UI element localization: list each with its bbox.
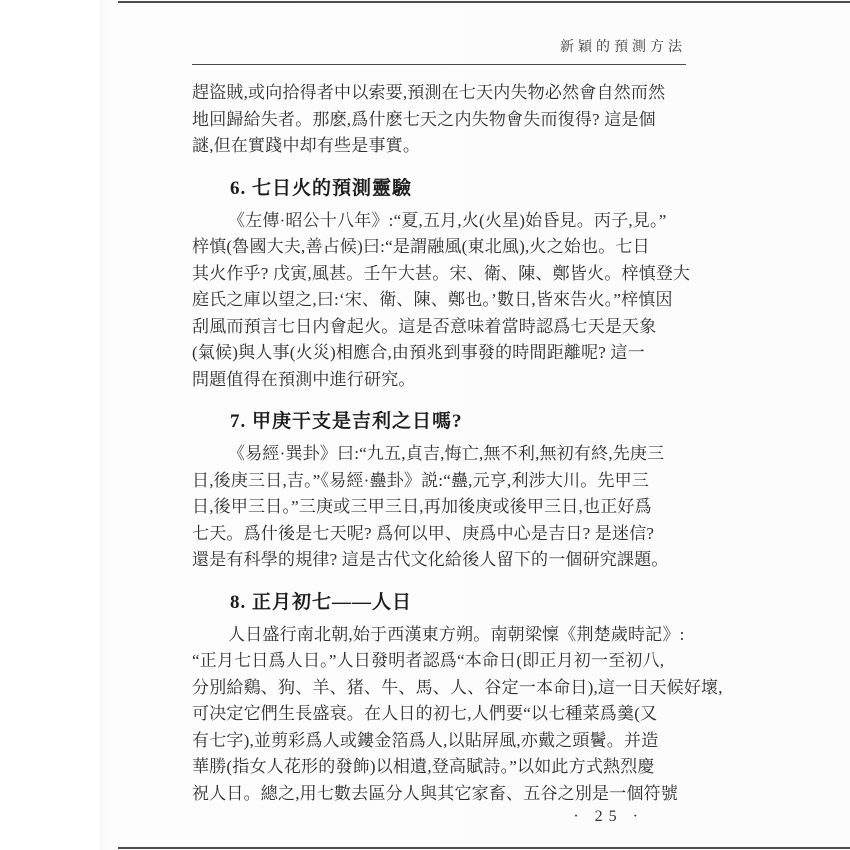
scanned-page: 新穎的預測方法 趕盜賊,或向拾得者中以索要,預測在七天内失物必然會自然而然 地回… bbox=[100, 0, 850, 850]
text-line: 華勝(指女人花形的發飾)以相遺,登高賦詩。”以如此方式熱烈慶 bbox=[192, 754, 686, 781]
section-6-heading: 6. 七日火的預測靈驗 bbox=[192, 175, 686, 203]
text-line: 地回歸給失者。那麽,爲什麽七天之内失物會失而復得? 這是個 bbox=[192, 107, 686, 134]
text-line: 《易經·巽卦》曰:“九五,貞吉,悔亡,無不利,無初有終,先庚三 bbox=[192, 441, 686, 468]
text-line: 《左傳·昭公十八年》:“夏,五月,火(火星)始昏見。丙子,見。” bbox=[192, 208, 686, 235]
text-line: 其火作乎? 戊寅,風甚。壬午大甚。宋、衛、陳、鄭皆火。梓慎登大 bbox=[192, 261, 686, 288]
text-line: 庭氏之庫以望之,曰:‘宋、衛、陳、鄭也。’數日,皆來告火。”梓慎因 bbox=[192, 287, 686, 314]
text-line: 可决定它們生長盛衰。在人日的初七,人們要“以七種菜爲羹(又 bbox=[192, 701, 686, 728]
text-line: 祝人日。總之,用七數去區分人與其它家畜、五谷之別是一個符號 bbox=[192, 781, 686, 808]
text-line: 梓慎(魯國大夫,善占候)曰:“是謂融風(東北風),火之始也。七日 bbox=[192, 234, 686, 261]
text-line: (氣候)與人事(火災)相應合,由預兆到事發的時間距離呢? 這一 bbox=[192, 340, 686, 367]
text-line: 日,後甲三日。”三庚或三甲三日,再加後庚或後甲三日,也正好爲 bbox=[192, 494, 686, 521]
page-number: · 25 · bbox=[192, 808, 686, 826]
text-line: 七天。爲什後是七天呢? 爲何以甲、庚爲中心是吉日? 是迷信? bbox=[192, 521, 686, 548]
section-8-heading: 8. 正月初七——人日 bbox=[192, 589, 686, 617]
text-line: 分別給鷄、狗、羊、猪、牛、馬、人、谷定一本命日),這一日天候好壞, bbox=[192, 675, 686, 702]
text-line: 問題值得在預測中進行研究。 bbox=[192, 367, 686, 394]
section-7-heading: 7. 甲庚干支是吉利之日嗎? bbox=[192, 408, 686, 436]
text-line: 謎,但在實踐中却有些是事實。 bbox=[192, 133, 686, 160]
text-line: 刮風而預言七日内會起火。這是否意味着當時認爲七天是天象 bbox=[192, 314, 686, 341]
body-text: 趕盜賊,或向拾得者中以索要,預測在七天内失物必然會自然而然 地回歸給失者。那麽,… bbox=[192, 80, 686, 807]
text-line: 有七字),並剪彩爲人或鏤金箔爲人,以貼屏風,亦戴之頭鬢。并造 bbox=[192, 728, 686, 755]
header-rule bbox=[192, 64, 686, 65]
text-line: 人日盛行南北朝,始于西漢東方朔。南朝梁懍《荆楚歲時記》: bbox=[192, 622, 686, 649]
page-edge-bottom-line bbox=[118, 847, 850, 849]
text-line: 趕盜賊,或向拾得者中以索要,預測在七天内失物必然會自然而然 bbox=[192, 80, 686, 107]
text-line: “正月七日爲人日。”人日發明者認爲“本命日(即正月初一至初八, bbox=[192, 648, 686, 675]
text-column: 新穎的預測方法 趕盜賊,或向拾得者中以索要,預測在七天内失物必然會自然而然 地回… bbox=[192, 0, 686, 826]
text-line: 日,後庚三日,吉。”《易經·蠱卦》説:“蠱,元亨,利涉大川。先甲三 bbox=[192, 468, 686, 495]
text-line: 還是有科學的規律? 這是古代文化給後人留下的一個研究課題。 bbox=[192, 547, 686, 574]
running-head: 新穎的預測方法 bbox=[192, 0, 686, 56]
